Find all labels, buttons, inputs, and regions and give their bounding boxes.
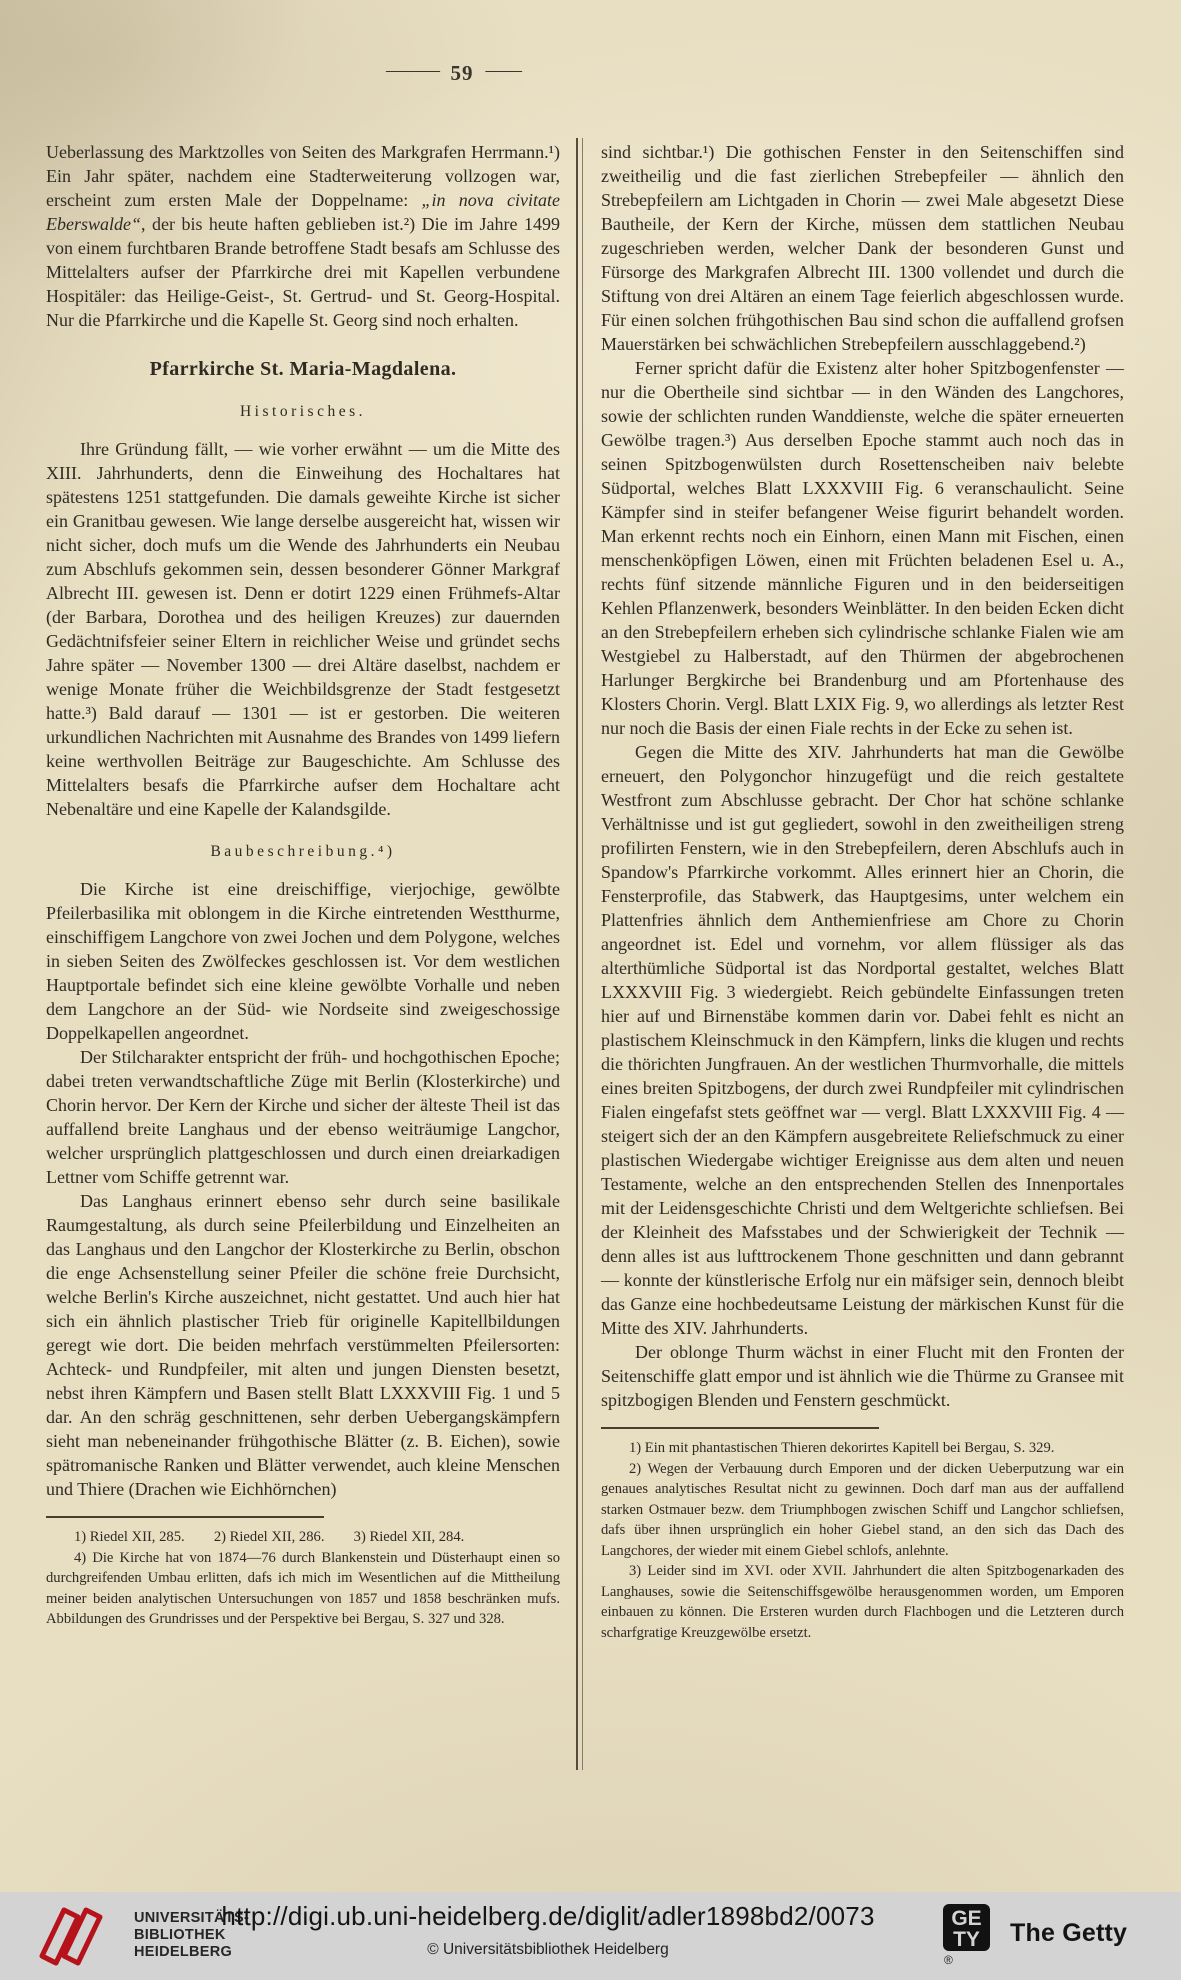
getty-monogram-top: GE (951, 1907, 981, 1930)
page-number-rule-right: —— (486, 60, 521, 82)
paragraph-baubeschreibung-1: Die Kirche ist eine dreischiffige, vierj… (46, 877, 560, 1045)
paragraph-right-2: Ferner spricht dafür die Existenz alter … (601, 356, 1124, 740)
page-header: ——— 59 —— (386, 60, 521, 86)
footnote-separator-rule (601, 1427, 879, 1429)
section-heading-pfarrkirche: Pfarrkirche St. Maria-Magdalena. (46, 357, 560, 381)
footnote-refs-1-3: 1) Riedel XII, 285. 2) Riedel XII, 286. … (46, 1527, 560, 1548)
copyright-line: © Universitätsbibliothek Heidelberg (188, 1941, 908, 1959)
paragraph-continuation: Ueberlassung des Marktzolles von Seiten … (46, 140, 560, 332)
getty-registered-mark: ® (944, 1953, 953, 1967)
digitization-url: http://digi.ub.uni-heidelberg.de/diglit/… (188, 1901, 908, 1932)
footnote-1: 1) Ein mit phantastischen Thieren dekori… (601, 1438, 1124, 1459)
page-number: 59 (451, 61, 474, 86)
paragraph-historisches: Ihre Gründung fällt, — wie vorher erwähn… (46, 437, 560, 821)
digitization-footer-bar: UNIVERSITÄTS- BIBLIOTHEK HEIDELBERG http… (0, 1892, 1181, 1980)
footer-center-block: http://digi.ub.uni-heidelberg.de/diglit/… (188, 1901, 908, 1959)
page-number-rule-left: ——— (386, 60, 439, 82)
getty-block: GE TY ® The Getty (942, 1903, 1127, 1967)
left-column: Ueberlassung des Marktzolles von Seiten … (46, 140, 560, 1630)
scanned-book-page: ——— 59 —— Ueberlassung des Marktzolles v… (0, 0, 1181, 1980)
right-footnotes: 1) Ein mit phantastischen Thieren dekori… (601, 1427, 1124, 1643)
subheading-baubeschreibung: Baubeschreibung.⁴) (46, 840, 560, 864)
footnote-2: 2) Wegen der Verbauung durch Emporen und… (601, 1459, 1124, 1562)
getty-label: The Getty (1010, 1919, 1127, 1948)
paragraph-right-4: Der oblonge Thurm wächst in einer Flucht… (601, 1340, 1124, 1412)
getty-monogram-bottom: TY (953, 1928, 980, 1951)
footnote-3: 3) Leider sind im XVI. oder XVII. Jahrhu… (601, 1561, 1124, 1643)
heidelberg-books-icon (34, 1904, 120, 1966)
footnote-4: 4) Die Kirche hat von 1874—76 durch Blan… (46, 1548, 560, 1630)
paragraph-baubeschreibung-2: Der Stilcharakter entspricht der früh- u… (46, 1045, 560, 1189)
getty-logo-icon: GE TY ® (942, 1903, 992, 1967)
paragraph-right-1: sind sichtbar.¹) Die gothischen Fenster … (601, 140, 1124, 356)
column-divider-rule (576, 138, 583, 1770)
left-footnotes: 1) Riedel XII, 285. 2) Riedel XII, 286. … (46, 1516, 560, 1630)
footnote-separator-rule (46, 1516, 324, 1518)
paragraph-baubeschreibung-3: Das Langhaus erinnert ebenso sehr durch … (46, 1189, 560, 1501)
paragraph-right-3: Gegen die Mitte des XIV. Jahrhunderts ha… (601, 740, 1124, 1340)
right-column: sind sichtbar.¹) Die gothischen Fenster … (601, 140, 1124, 1643)
subheading-historisches: Historisches. (46, 400, 560, 424)
